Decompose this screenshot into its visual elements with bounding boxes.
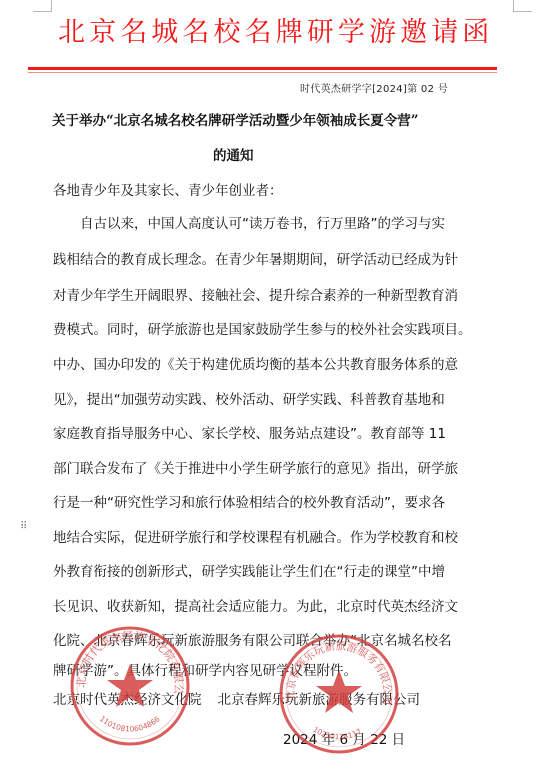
- body-line: 对青少年学生开阔眼界、接触社会、提升综合素养的一种新型教育消: [53, 284, 458, 304]
- title-divider-thick: [28, 67, 497, 70]
- body-line: 行是一种“研究性学习和旅行体验相结合的校外教育活动”，要求各: [53, 491, 445, 511]
- signatories: 北京时代英杰经济文化院北京春辉乐玩新旅游服务有限公司: [53, 688, 420, 708]
- document-page: 北京名城名校名牌研学游邀请函 时代英杰研学字[2024]第 02 号 关于举办“…: [0, 0, 557, 776]
- salutation: 各地青少年及其家长、青少年创业者：: [53, 179, 283, 199]
- body-line: 中办、国办印发的《关于构建优质均衡的基本公共教育服务体系的意: [53, 353, 458, 373]
- page-corner-mark-top-right: [513, 0, 532, 12]
- body-line: 化院、北京春辉乐玩新旅游服务有限公司联合举办“北京名城名校名: [53, 629, 452, 649]
- body-line: 家庭教育指导服务中心、家长学校、服务站点建设”。教育部等 11: [53, 422, 446, 442]
- paragraph-drag-handle-icon[interactable]: ⠿: [20, 521, 29, 532]
- body-line: 自古以来，中国人高度认可“读万卷书，行万里路”的学习与实: [53, 212, 445, 232]
- signatory-1: 北京时代英杰经济文化院: [53, 692, 202, 708]
- title-divider-thin: [28, 72, 497, 73]
- body-line: 外教育衔接的创新形式，研学实践能让学生们在“行走的课堂”中增: [53, 560, 445, 580]
- page-corner-mark-top-left: [33, 0, 52, 12]
- document-number: 时代英杰研学字[2024]第 02 号: [300, 80, 448, 95]
- body-line: 地结合实际，促进研学旅行和学校课程有机融合。作为学校教育和校: [53, 526, 458, 546]
- document-date: 2024 年 6 月 22 日: [283, 728, 405, 748]
- body-line: 长见识、收获新知，提高社会适应能力。为此，北京时代英杰经济文: [53, 595, 458, 615]
- body-line: 部门联合发布了《关于推进中小学生研学旅行的意见》指出，研学旅: [53, 457, 458, 477]
- body-line: 牌研学游”。具体行程和研学内容见研学议程附件。: [53, 659, 357, 679]
- body-line: 践相结合的教育成长理念。在青少年暑期期间，研学活动已经成为针: [53, 248, 458, 268]
- document-title: 北京名城名校名牌研学游邀请函: [58, 16, 518, 50]
- svg-text:11010810604866: 11010810604866: [98, 714, 162, 734]
- body-line: 见》，提出“加强劳动实践、校外活动、研学实践、科普教育基地和: [53, 388, 445, 408]
- body-line: 费模式。同时，研学旅游也是国家鼓励学生参与的校外社会实践项目。: [53, 318, 472, 338]
- signatory-2: 北京春辉乐玩新旅游服务有限公司: [218, 692, 421, 708]
- subject-line-1: 关于举办“北京名城名校名牌研学活动暨少年领袖成长夏令营”: [52, 109, 452, 129]
- subject-line-2: 的通知: [213, 144, 273, 164]
